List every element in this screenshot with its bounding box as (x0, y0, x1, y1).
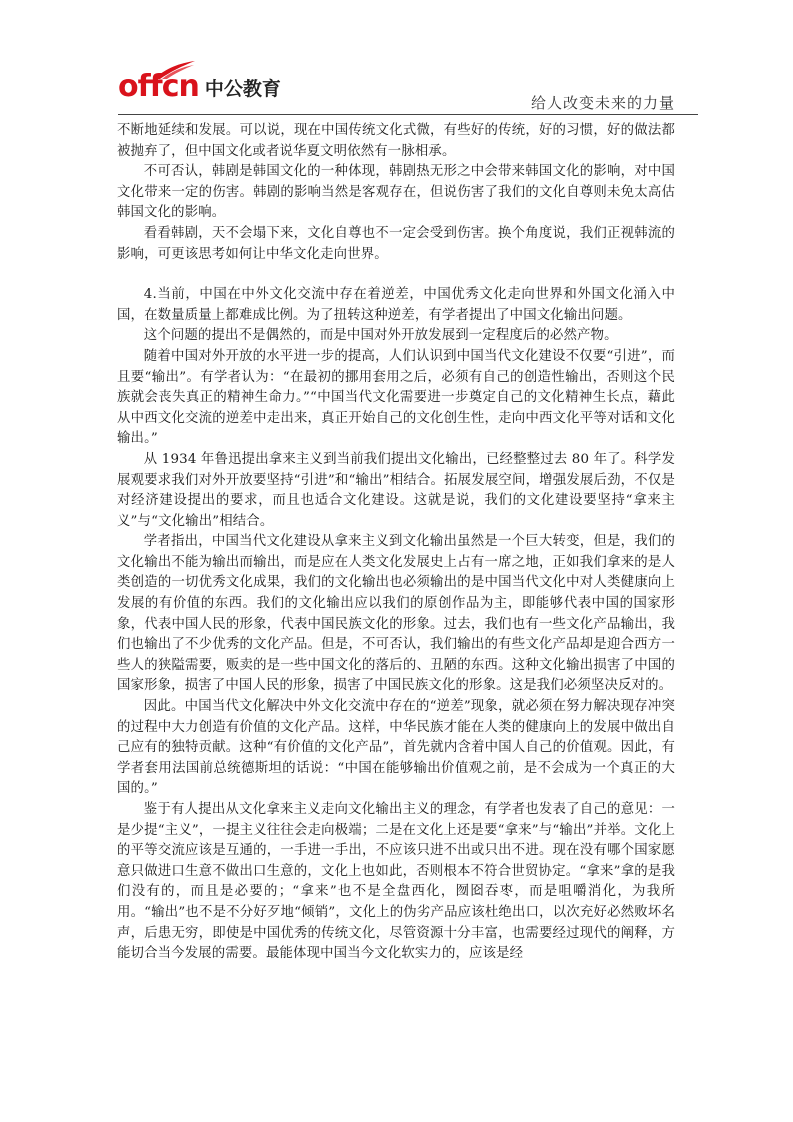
paragraph: 从 1934 年鲁迅提出拿来主义到当前我们提出文化输出，已经整整过去 80 年了… (117, 450, 675, 532)
paragraph: 随着中国对外开放的水平进一步的提高，人们认识到中国当代文化建设不仅要“引进”，而… (117, 347, 675, 450)
logo-swoosh-icon (152, 60, 196, 80)
slogan: 给人改变未来的力量 (531, 92, 675, 113)
page-header: offcn 中公教育 给人改变未来的力量 (0, 0, 793, 118)
paragraph: 鉴于有人提出从文化拿来主义走向文化输出主义的理念，有学者也发表了自己的意见：一是… (117, 800, 675, 965)
paragraph: 4.当前，中国在中外文化交流中存在着逆差，中国优秀文化走向世界和外国文化涌入中国… (117, 285, 675, 326)
paragraph: 看看韩剧，天不会塌下来，文化自尊也不一定会受到伤害。换个角度说，我们正视韩流的影… (117, 224, 675, 265)
paragraph: 这个问题的提出不是偶然的，而是中国对外开放发展到一定程度后的必然产物。 (117, 326, 675, 347)
document-body: 不断地延续和发展。可以说，现在中国传统文化式微，有些好的传统，好的习惯，好的做法… (117, 121, 675, 965)
paragraph: 不可否认，韩剧是韩国文化的一种体现，韩剧热无形之中会带来韩国文化的影响，对中国文… (117, 162, 675, 224)
paragraph: 不断地延续和发展。可以说，现在中国传统文化式微，有些好的传统，好的习惯，好的做法… (117, 121, 675, 162)
paragraph: 学者指出，中国当代文化建设从拿来主义到文化输出虽然是一个巨大转变，但是，我们的文… (117, 532, 675, 697)
logo-wordmark: offcn (118, 72, 199, 102)
logo-chinese-text: 中公教育 (205, 76, 281, 102)
paragraph-gap (117, 265, 675, 285)
offcn-logo: offcn 中公教育 (118, 62, 281, 102)
header-divider (118, 114, 698, 115)
paragraph: 因此。中国当代文化解决中外文化交流中存在的“逆差”现象，就必须在努力解决现存冲突… (117, 697, 675, 800)
